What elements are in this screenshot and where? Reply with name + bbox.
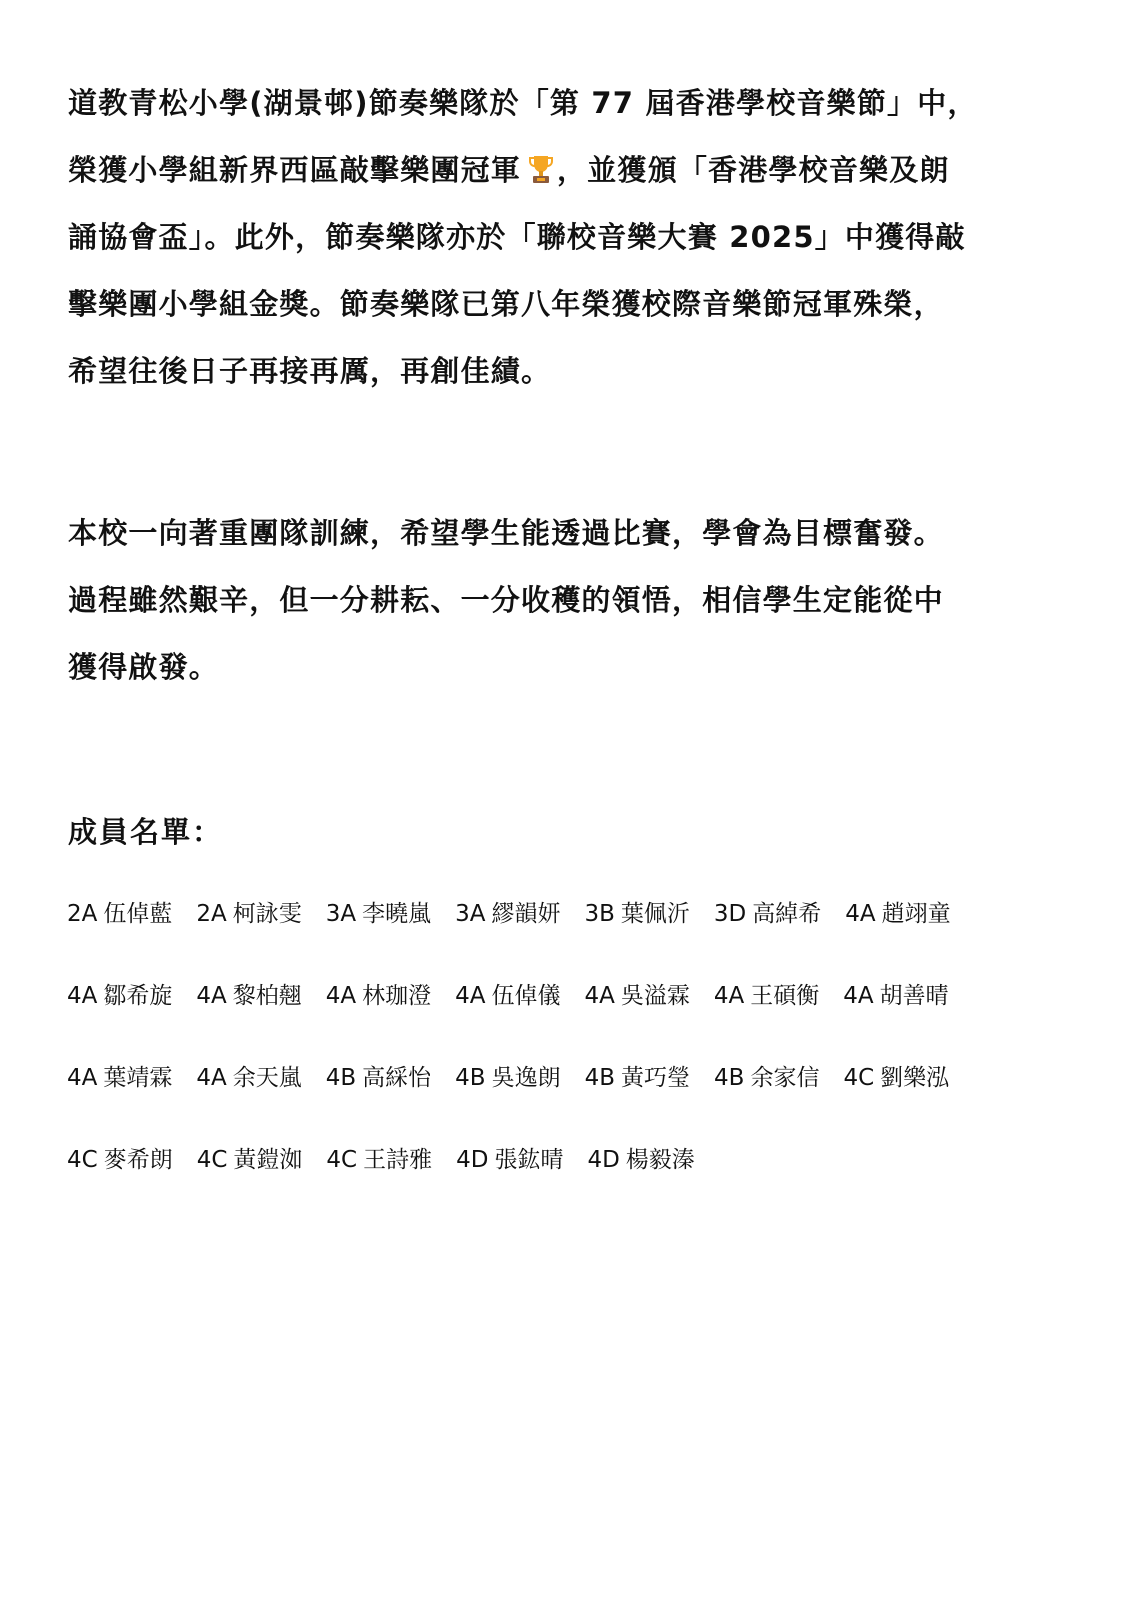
member-class: 4B: [455, 1065, 485, 1091]
member-class: 4A: [843, 983, 873, 1009]
member-name: 高綽希: [752, 901, 821, 927]
member-name: 李曉嵐: [362, 901, 431, 927]
member-item: 4B黃巧瑩: [585, 1054, 690, 1102]
paragraph-line: 擊樂團小學組金獎。節奏樂隊已第八年榮獲校際音樂節冠軍殊榮，: [68, 271, 1068, 338]
member-name: 吳逸朗: [492, 1065, 561, 1091]
member-name: 伍倬藍: [103, 901, 172, 927]
member-item: 4A胡善晴: [843, 972, 948, 1020]
member-name: 葉佩沂: [621, 901, 690, 927]
member-name: 林珈澄: [362, 983, 431, 1009]
paragraph-line: 本校一向著重團隊訓練，希望學生能透過比賽，學會為目標奮發。: [68, 500, 1068, 567]
member-class: 4A: [67, 983, 97, 1009]
member-item: 4A余天嵐: [196, 1054, 301, 1102]
member-class: 4B: [585, 1065, 615, 1091]
member-item: 4A林珈澄: [326, 972, 431, 1020]
paragraph-line-part: 榮獲小學組新界西區敲擊樂團冠軍: [68, 153, 521, 187]
member-name: 楊毅溱: [626, 1147, 695, 1173]
member-class: 4A: [196, 983, 226, 1009]
member-class: 3A: [326, 901, 356, 927]
member-name: 劉樂泓: [880, 1065, 949, 1091]
member-name: 王碩衡: [750, 983, 819, 1009]
training-paragraph: 本校一向著重團隊訓練，希望學生能透過比賽，學會為目標奮發。 過程雖然艱辛，但一分…: [68, 500, 1068, 701]
member-name: 葉靖霖: [103, 1065, 172, 1091]
member-item: 4A趙翊童: [845, 890, 950, 938]
member-class: 4A: [196, 1065, 226, 1091]
member-item: 4C王詩雅: [326, 1136, 432, 1184]
member-class: 4C: [197, 1147, 228, 1173]
members-heading: 成員名單：: [68, 808, 223, 856]
member-class: 4A: [845, 901, 875, 927]
member-item: 4B余家信: [714, 1054, 819, 1102]
member-item: 4A吳溢霖: [585, 972, 690, 1020]
member-item: 3B葉佩沂: [585, 890, 690, 938]
member-name: 柯詠雯: [233, 901, 302, 927]
member-name: 余天嵐: [233, 1065, 302, 1091]
member-class: 4A: [67, 1065, 97, 1091]
member-name: 鄒希旋: [103, 983, 172, 1009]
member-row: 4C麥希朗4C黃鎧洳4C王詩雅4D張鈜晴4D楊毅溱: [67, 1136, 1067, 1218]
member-class: 4A: [585, 983, 615, 1009]
member-item: 3A李曉嵐: [326, 890, 431, 938]
member-class: 4C: [843, 1065, 874, 1091]
member-item: 2A伍倬藍: [67, 890, 172, 938]
member-item: 4C黃鎧洳: [197, 1136, 303, 1184]
member-row: 4A鄒希旋4A黎柏翹4A林珈澄4A伍倬儀4A吳溢霖4A王碩衡4A胡善晴: [67, 972, 1067, 1054]
members-list: 2A伍倬藍2A柯詠雯3A李曉嵐3A繆韻妍3B葉佩沂3D高綽希4A趙翊童4A鄒希旋…: [67, 890, 1067, 1218]
member-name: 張鈜晴: [494, 1147, 563, 1173]
member-item: 4C劉樂泓: [843, 1054, 949, 1102]
member-class: 2A: [67, 901, 97, 927]
member-class: 4A: [714, 983, 744, 1009]
member-item: 3D高綽希: [714, 890, 821, 938]
member-item: 4A黎柏翹: [196, 972, 301, 1020]
member-item: 4D張鈜晴: [456, 1136, 563, 1184]
member-name: 趙翊童: [882, 901, 951, 927]
member-name: 吳溢霖: [621, 983, 690, 1009]
paragraph-line: 獲得啟發。: [68, 634, 1068, 701]
member-name: 高綵怡: [362, 1065, 431, 1091]
trophy-icon: [527, 141, 555, 171]
member-item: 4A葉靖霖: [67, 1054, 172, 1102]
member-item: 3A繆韻妍: [455, 890, 560, 938]
achievement-paragraph: 道教青松小學(湖景邨)節奏樂隊於「第 77 屆香港學校音樂節」中， 榮獲小學組新…: [68, 70, 1068, 405]
member-class: 2A: [196, 901, 226, 927]
member-class: 4C: [67, 1147, 98, 1173]
member-class: 3A: [455, 901, 485, 927]
member-name: 伍倬儀: [492, 983, 561, 1009]
member-name: 麥希朗: [104, 1147, 173, 1173]
document-page: 道教青松小學(湖景邨)節奏樂隊於「第 77 屆香港學校音樂節」中， 榮獲小學組新…: [0, 0, 1131, 1600]
member-name: 黎柏翹: [233, 983, 302, 1009]
paragraph-line-part: ，並獲頒「香港學校音樂及朗: [557, 153, 950, 187]
member-class: 4B: [714, 1065, 744, 1091]
member-item: 4B高綵怡: [326, 1054, 431, 1102]
paragraph-line: 過程雖然艱辛，但一分耕耘、一分收穫的領悟，相信學生定能從中: [68, 567, 1068, 634]
paragraph-line: 道教青松小學(湖景邨)節奏樂隊於「第 77 屆香港學校音樂節」中，: [68, 70, 1068, 137]
member-name: 胡善晴: [880, 983, 949, 1009]
paragraph-line: 希望往後日子再接再厲，再創佳績。: [68, 338, 1068, 405]
member-row: 2A伍倬藍2A柯詠雯3A李曉嵐3A繆韻妍3B葉佩沂3D高綽希4A趙翊童: [67, 890, 1067, 972]
member-name: 黃巧瑩: [621, 1065, 690, 1091]
member-name: 余家信: [750, 1065, 819, 1091]
member-row: 4A葉靖霖4A余天嵐4B高綵怡4B吳逸朗4B黃巧瑩4B余家信4C劉樂泓: [67, 1054, 1067, 1136]
member-item: 4A王碩衡: [714, 972, 819, 1020]
member-class: 3B: [585, 901, 615, 927]
member-item: 4C麥希朗: [67, 1136, 173, 1184]
member-name: 王詩雅: [363, 1147, 432, 1173]
paragraph-line: 榮獲小學組新界西區敲擊樂團冠軍，並獲頒「香港學校音樂及朗: [68, 137, 1068, 204]
paragraph-line: 誦協會盃」。此外，節奏樂隊亦於「聯校音樂大賽 2025」中獲得敲: [68, 204, 1068, 271]
member-item: 4B吳逸朗: [455, 1054, 560, 1102]
member-name: 繆韻妍: [492, 901, 561, 927]
member-item: 4D楊毅溱: [587, 1136, 694, 1184]
member-class: 4D: [587, 1147, 619, 1173]
member-class: 3D: [714, 901, 746, 927]
member-class: 4A: [326, 983, 356, 1009]
member-item: 4A伍倬儀: [455, 972, 560, 1020]
member-class: 4A: [455, 983, 485, 1009]
member-name: 黃鎧洳: [233, 1147, 302, 1173]
member-item: 2A柯詠雯: [196, 890, 301, 938]
member-class: 4D: [456, 1147, 488, 1173]
member-class: 4C: [326, 1147, 357, 1173]
member-class: 4B: [326, 1065, 356, 1091]
member-item: 4A鄒希旋: [67, 972, 172, 1020]
